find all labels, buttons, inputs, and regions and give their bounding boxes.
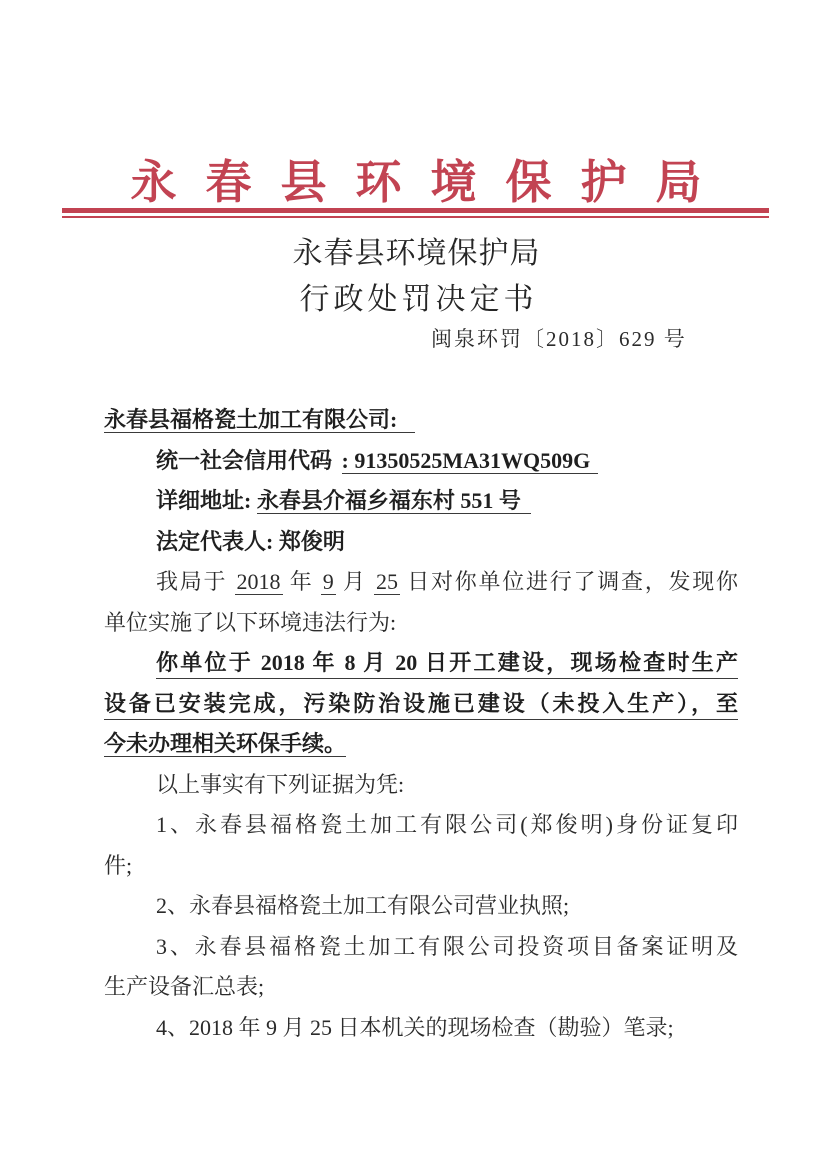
evidence-item-4: 4、2018 年 9 月 25 日本机关的现场检查（勘验）笔录; [104, 1008, 738, 1049]
date-year: 2018 [235, 569, 283, 595]
evidence-item-1-line-2: 件; [104, 846, 738, 887]
violation-text-2: 设备已安装完成，污染防治设施已建设（未投入生产），至 [104, 688, 738, 720]
evidence-item-2: 2、永春县福格瓷土加工有限公司营业执照; [104, 886, 738, 927]
investigation-pre: 我局于 [156, 569, 235, 594]
date-sep-1: 年 [283, 569, 321, 594]
investigation-line-1: 我局于 2018 年 9 月 25 日对你单位进行了调查，发现你 [104, 562, 738, 603]
violation-line-1: 你单位于 2018 年 8 月 20 日开工建设，现场检查时生产 [104, 643, 738, 684]
credit-code-line: 统一社会信用代码 : 91350525MA31WQ509G [104, 441, 738, 482]
violation-line-3: 今未办理相关环保手续。 [104, 724, 738, 765]
date-sep-2: 月 [336, 569, 374, 594]
document-title-line1: 永春县环境保护局 [1, 231, 832, 277]
address-label: 详细地址: [156, 488, 257, 513]
date-month: 9 [321, 569, 336, 595]
document-title-line2: 行政处罚决定书 [1, 277, 832, 323]
document-title: 永春县环境保护局 行政处罚决定书 [0, 231, 832, 323]
legal-representative: 法定代表人: 郑俊明 [156, 529, 345, 554]
legal-representative-line: 法定代表人: 郑俊明 [104, 522, 738, 563]
address-line: 详细地址: 永春县介福乡福东村 551 号 [104, 481, 738, 522]
credit-code-value: : 91350525MA31WQ509G [342, 448, 599, 474]
company-name: 永春县福格瓷土加工有限公司: [104, 407, 415, 433]
violation-text-3: 今未办理相关环保手续。 [104, 731, 346, 757]
letterhead-rule [62, 208, 769, 218]
evidence-intro-line: 以上事实有下列证据为凭: [104, 765, 738, 806]
evidence-item-3-line-1: 3、永春县福格瓷土加工有限公司投资项目备案证明及 [104, 927, 738, 968]
document-number: 闽泉环罚〔2018〕629 号 [431, 323, 687, 353]
evidence-item-1-line-1: 1、永春县福格瓷土加工有限公司(郑俊明)身份证复印 [104, 805, 738, 846]
letterhead-agency-name: 永春县环境保护局 [0, 146, 832, 212]
address-value: 永春县介福乡福东村 551 号 [257, 488, 531, 514]
credit-code-label: 统一社会信用代码 [156, 448, 338, 473]
investigation-post: 日对你单位进行了调查，发现你 [400, 569, 738, 594]
recipient-company-line: 永春县福格瓷土加工有限公司: [104, 400, 738, 441]
violation-line-2: 设备已安装完成，污染防治设施已建设（未投入生产），至 [104, 684, 738, 725]
violation-text-1: 你单位于 2018 年 8 月 20 日开工建设，现场检查时生产 [156, 647, 738, 679]
evidence-item-3-line-2: 生产设备汇总表; [104, 967, 738, 1008]
date-day: 25 [374, 569, 400, 595]
document-page: 永春县环境保护局 永春县环境保护局 行政处罚决定书 闽泉环罚〔2018〕629 … [0, 0, 832, 1169]
document-body: 永春县福格瓷土加工有限公司: 统一社会信用代码 : 91350525MA31WQ… [104, 400, 738, 1048]
investigation-line-2: 单位实施了以下环境违法行为: [104, 603, 738, 644]
